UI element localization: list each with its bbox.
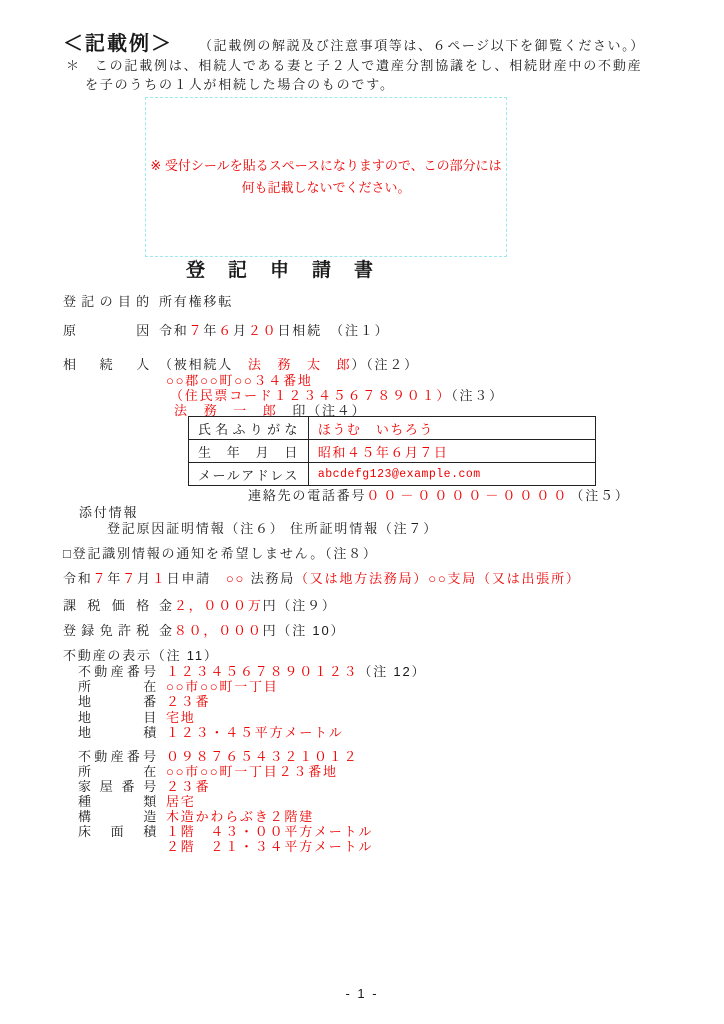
land-lot-number-value: ２３番	[166, 694, 210, 709]
building-type-row: 種類居宅	[78, 794, 196, 809]
heir-label: 相続人	[63, 357, 151, 372]
building-location-row: 所在○○市○○町一丁目２３番地	[78, 764, 338, 779]
land-lot-number-row: 地番２３番	[78, 694, 210, 709]
remark-text-1: この記載例は、相続人である妻と子２人で遺産分割協議をし、相続財産中の不動産	[95, 58, 643, 73]
application-date-office-line: 令和７年７月１日申請 ○○ 法務局（又は地方法務局）○○支局（又は出張所）	[63, 571, 581, 586]
identification-notice-row: □登記識別情報の通知を希望しません。（注８）	[63, 546, 378, 561]
birthdate-value: 昭和４５年６月７日	[308, 440, 595, 463]
heir-address-line: ○○郡○○町○○３４番地	[166, 373, 313, 388]
building-floor-area-label: 床面積	[78, 824, 158, 839]
heir-resident-code-line: （住民票コード１２３４５６７８９０１）（注３）	[170, 388, 504, 403]
registration-tax-amount: 金８０，０００円（注 10）	[159, 623, 345, 638]
taxable-value-row: 課税価格金２，０００万円（注９）	[63, 598, 337, 613]
asterisk-marker: ＊	[66, 58, 81, 73]
table-row-email: メールアドレス abcdefg123@example.com	[189, 463, 596, 486]
example-heading: ＜記載例＞	[63, 27, 173, 56]
building-structure-label: 構造	[78, 809, 158, 824]
land-category-row: 地目宅地	[78, 710, 196, 725]
reception-seal-space-box: ※ 受付シールを貼るスペースになりますので、この部分には 何も記載しないでくださ…	[145, 97, 507, 257]
building-location-value: ○○市○○町一丁目２３番地	[166, 764, 338, 779]
furigana-value: ほうむ いちろう	[308, 417, 595, 440]
deceased-name-line: （被相続人 法 務 太 郎）（注２）	[159, 357, 419, 372]
land-area-label: 地積	[78, 725, 158, 740]
seal-space-note-line-2: 何も記載しないでください。	[241, 177, 410, 199]
purpose-value: 所有権移転	[159, 294, 233, 309]
table-row-furigana: 氏名ふりがな ほうむ いちろう	[189, 417, 596, 440]
building-number-row: 不動産番号０９８７６５４３２１０１２	[78, 749, 358, 764]
building-floor-area-row: 床面積１階 ４３・００平方メートル	[78, 824, 373, 839]
registration-application-example-page: ＜記載例＞ （記載例の解説及び注意事項等は、６ページ以下を御覧ください。） ＊こ…	[0, 0, 724, 1024]
building-floor-area-value-1f: １階 ４３・００平方メートル	[166, 824, 373, 839]
purpose-label: 登記の目的	[63, 294, 151, 309]
land-category-value: 宅地	[166, 710, 196, 725]
purpose-row: 登記の目的所有権移転	[63, 294, 233, 309]
building-house-number-label: 家屋番号	[78, 779, 158, 794]
contact-phone-line: 連絡先の電話番号００－００００－００００（注５）	[248, 488, 630, 503]
table-row-birthdate: 生年月日 昭和４５年６月７日	[189, 440, 596, 463]
remark-line-2: を子のうちの１人が相続した場合のものです。	[85, 74, 395, 93]
header: ＜記載例＞ （記載例の解説及び注意事項等は、６ページ以下を御覧ください。）	[63, 27, 645, 56]
building-house-number-row: 家屋番号２３番	[78, 779, 210, 794]
land-lot-number-label: 地番	[78, 694, 158, 709]
cause-value: 令和７年６月２０日相続 （注１）	[159, 323, 389, 338]
furigana-label: 氏名ふりがな	[189, 417, 309, 440]
applicant-info-table: 氏名ふりがな ほうむ いちろう 生年月日 昭和４５年６月７日 メールアドレス a…	[188, 416, 596, 486]
notification-checkbox: □	[63, 546, 73, 561]
building-floor-area-row-2: ２階 ２１・３４平方メートル	[78, 839, 373, 854]
seal-space-note-line-1: ※ 受付シールを貼るスペースになりますので、この部分には	[150, 155, 501, 177]
page-number: - 1 -	[0, 986, 724, 1001]
building-number-label: 不動産番号	[78, 749, 158, 764]
land-location-value: ○○市○○町一丁目	[166, 679, 279, 694]
taxable-value-amount: 金２，０００万円（注９）	[159, 598, 337, 613]
email-value: abcdefg123@example.com	[308, 463, 595, 486]
registration-tax-label: 登録免許税	[63, 623, 151, 638]
attachments-heading: 添付情報	[79, 505, 138, 520]
document-title: 登 記 申 請 書	[186, 255, 375, 282]
land-location-label: 所在	[78, 679, 158, 694]
cause-label: 原因	[63, 323, 151, 338]
email-label: メールアドレス	[189, 463, 309, 486]
property-section-heading: 不動産の表示（注 11）	[63, 648, 219, 663]
building-type-label: 種類	[78, 794, 158, 809]
cause-row: 原因令和７年６月２０日相続 （注１）	[63, 323, 389, 338]
land-number-label: 不動産番号	[78, 664, 158, 679]
birthdate-label: 生年月日	[189, 440, 309, 463]
remark-line-1: ＊この記載例は、相続人である妻と子２人で遺産分割協議をし、相続財産中の不動産	[66, 55, 642, 74]
building-structure-value: 木造かわらぶき２階建	[166, 809, 314, 824]
registration-tax-row: 登録免許税金８０，０００円（注 10）	[63, 623, 345, 638]
example-heading-note: （記載例の解説及び注意事項等は、６ページ以下を御覧ください。）	[199, 35, 645, 54]
attachments-list-line: 登記原因証明情報（注６） 住所証明情報（注７）	[107, 521, 438, 536]
land-area-row: 地積１２３・４５平方メートル	[78, 725, 344, 740]
land-number-value: １２３４５６７８９０１２３（注 12）	[166, 664, 426, 679]
taxable-value-label: 課税価格	[63, 598, 151, 613]
land-category-label: 地目	[78, 710, 158, 725]
land-number-row: 不動産番号１２３４５６７８９０１２３（注 12）	[78, 664, 426, 679]
identification-notice-text: 登記識別情報の通知を希望しません。（注８）	[73, 546, 378, 561]
building-house-number-value: ２３番	[166, 779, 210, 794]
land-location-row: 所在○○市○○町一丁目	[78, 679, 279, 694]
building-type-value: 居宅	[166, 794, 196, 809]
land-area-value: １２３・４５平方メートル	[166, 725, 344, 740]
building-structure-row: 構造木造かわらぶき２階建	[78, 809, 314, 824]
building-location-label: 所在	[78, 764, 158, 779]
building-floor-area-value-2f: ２階 ２１・３４平方メートル	[166, 839, 373, 854]
building-number-value: ０９８７６５４３２１０１２	[166, 749, 358, 764]
heir-row: 相続人（被相続人 法 務 太 郎）（注２）	[63, 357, 419, 372]
